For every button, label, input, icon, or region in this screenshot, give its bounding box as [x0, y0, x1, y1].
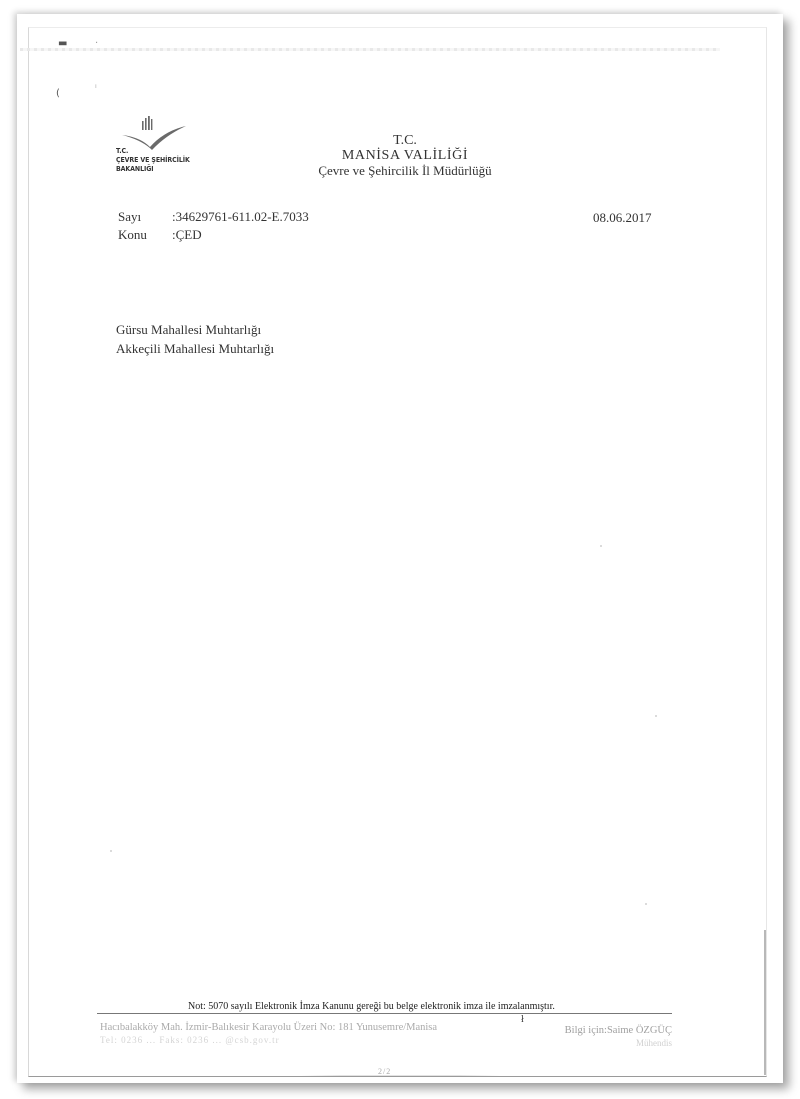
konu-label: Konu — [118, 226, 172, 244]
footer-address: Hacıbalakköy Mah. İzmir-Balıkesir Karayo… — [100, 1022, 437, 1046]
contact-person: Bilgi için:Saime ÖZGÜÇ — [562, 1025, 672, 1037]
contact-title: Mühendis — [562, 1037, 672, 1049]
address-line: Hacıbalakköy Mah. İzmir-Balıkesir Karayo… — [100, 1022, 437, 1034]
letterhead-directorate: Çevre ve Şehircilik İl Müdürlüğü — [300, 163, 510, 178]
scan-artifact: ᵢ — [95, 80, 97, 91]
scan-artifact-band — [20, 48, 720, 51]
scanned-page — [28, 27, 767, 1077]
scan-speck — [600, 545, 602, 547]
recipients: Gürsu Mahallesi Muhtarlığı Akkeçili Maha… — [116, 320, 274, 358]
scan-artifact: ł — [521, 1014, 524, 1025]
sayi-row: Sayı :34629761-611.02-E.7033 — [118, 208, 309, 226]
letterhead-tc: T.C. — [300, 133, 510, 148]
document-meta: Sayı :34629761-611.02-E.7033 Konu :ÇED — [118, 208, 309, 244]
scan-speck — [645, 903, 647, 905]
scan-edge-line — [764, 930, 766, 1075]
page-number: 2/2 — [378, 1067, 391, 1076]
document-date: 08.06.2017 — [593, 210, 652, 226]
scan-artifact: ▬ — [58, 38, 67, 49]
scan-speck — [655, 715, 657, 717]
footer-divider — [97, 1013, 672, 1014]
scan-speck — [110, 850, 112, 852]
sayi-value: :34629761-611.02-E.7033 — [172, 208, 309, 226]
konu-row: Konu :ÇED — [118, 226, 309, 244]
contact-line: Tel: 0236 ... Faks: 0236 ... @csb.gov.tr — [100, 1034, 437, 1046]
footer-contact: Bilgi için:Saime ÖZGÜÇ Mühendis — [562, 1025, 672, 1049]
sayi-label: Sayı — [118, 208, 172, 226]
e-signature-note: Not: 5070 sayılı Elektronik İmza Kanunu … — [188, 1001, 555, 1012]
recipient: Akkeçili Mahallesi Muhtarlığı — [116, 339, 274, 358]
ministry-logo-text: T.C. ÇEVRE VE ŞEHİRCİLİK BAKANLIĞI — [116, 147, 190, 174]
letterhead: T.C. MANİSA VALİLİĞİ Çevre ve Şehircilik… — [300, 133, 510, 178]
konu-value: :ÇED — [172, 226, 202, 244]
page-number-line — [300, 1075, 500, 1076]
letterhead-governorship: MANİSA VALİLİĞİ — [300, 148, 510, 163]
recipient: Gürsu Mahallesi Muhtarlığı — [116, 320, 274, 339]
scan-artifact: · — [95, 38, 98, 49]
scan-artifact: ( — [56, 88, 60, 99]
